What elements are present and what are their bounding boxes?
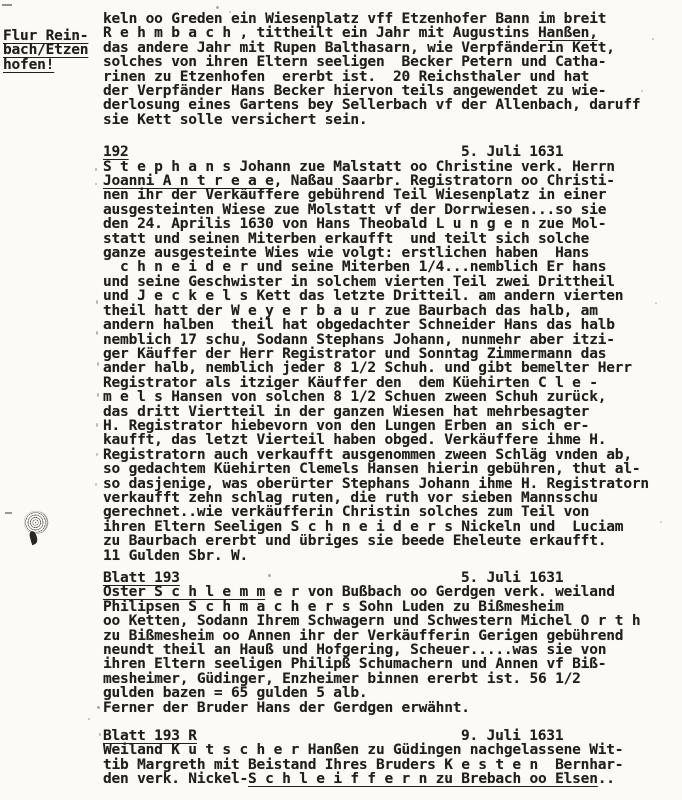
entry-date: 5. Juli 1631 bbox=[461, 145, 563, 159]
scan-speck bbox=[96, 423, 98, 427]
text-line: sie Kett solle versichert sein. bbox=[103, 113, 658, 127]
fingerprint-smudge-icon bbox=[24, 511, 47, 534]
underlined-text-segment: Hanßen, bbox=[538, 25, 598, 41]
paragraph-block: keln oo Greden ein Wiesenplatz vff Etzen… bbox=[103, 12, 658, 127]
text-line: m e l s Hansen von solchen 8 1/2 Schuen … bbox=[103, 390, 658, 404]
entry-block-blatt-193: Blatt 193 5. Juli 1631 Oster S c h l e m… bbox=[103, 571, 658, 715]
entry-date: 5. Juli 1631 bbox=[461, 571, 563, 585]
text-line: 11 Gulden Sbr. W. bbox=[103, 549, 658, 563]
text-line: oo Ketten, Sodann Ihrem Schwagern und Sc… bbox=[103, 614, 658, 628]
scan-speck bbox=[96, 453, 98, 456]
entry-body: S t e p h a n s Johann zue Malstatt oo C… bbox=[103, 160, 658, 563]
text-line: das dritt Viertteil in der ganzen Wiesen… bbox=[103, 405, 658, 419]
scan-speck bbox=[96, 331, 98, 335]
scan-speck bbox=[97, 706, 100, 709]
text-line: gulden bazen = 65 gulden 5 alb. bbox=[103, 686, 658, 700]
text-line: rinen zu Etzenhofen ererbt ist. 20 Reich… bbox=[103, 70, 658, 84]
entry-body: Oster S c h l e m m e r von Bußbach oo G… bbox=[103, 585, 658, 715]
scan-speck bbox=[97, 393, 99, 397]
text-line: Oster S c h l e m m e r von Bußbach oo G… bbox=[103, 585, 658, 599]
text-line: und J e c k e l s Kett das letzte Dritte… bbox=[103, 289, 658, 303]
text-line: ander halb, nemblich jeder 8 1/2 Schuh. … bbox=[103, 361, 658, 375]
scan-speck bbox=[95, 168, 97, 171]
text-line: so dasjenige, was oberürter Stephans Joh… bbox=[103, 477, 658, 491]
text-line: Registratorn auch verkaufft ausgenommen … bbox=[103, 448, 658, 462]
text-line: nen ihr der Verkäuffere gebührend Teil W… bbox=[103, 188, 658, 202]
scan-speck bbox=[99, 733, 101, 736]
scan-speck bbox=[5, 512, 12, 514]
margin-note: Flur Rein- bach/Etzen hofen! bbox=[3, 29, 103, 72]
text-line: Ferner der Bruder Hans der Gerdgen erwäh… bbox=[103, 701, 658, 715]
margin-note-line: hofen! bbox=[3, 57, 54, 73]
text-line: c h n e i d e r und seine Miterben 1/4..… bbox=[103, 260, 658, 274]
text-line: mesheimer, Güdinger, Enzheimer binnen er… bbox=[103, 672, 658, 686]
underlined-text-segment: S c h l e i f f e r n zu Brebach oo Else… bbox=[248, 771, 598, 787]
ink-comma-mark-icon bbox=[29, 529, 39, 545]
entry-number: 192 bbox=[103, 145, 129, 159]
text-line: den 24. Aprilis 1630 von Hans Theobald L… bbox=[103, 217, 658, 231]
scan-speck bbox=[2, 4, 12, 6]
scan-speck bbox=[95, 483, 97, 486]
entry-number: Blatt 193 R bbox=[103, 729, 197, 743]
entry-block-blatt-193r: Blatt 193 R 9. Juli 1631 Weiland K u t s… bbox=[103, 729, 658, 787]
text-line: so gedachtem Küehirten Clemels Hansen hi… bbox=[103, 462, 658, 476]
text-column: keln oo Greden ein Wiesenplatz vff Etzen… bbox=[103, 12, 658, 787]
entry-heading-row: Blatt 193 R 9. Juli 1631 bbox=[103, 729, 658, 743]
text-line: kaufft, das letzt Vierteil haben obged. … bbox=[103, 433, 658, 447]
text-line: ihren Eltern seeligen Philipß Schumacher… bbox=[103, 657, 658, 671]
text-line: theil hatt der W e y e r b a u r zue Bau… bbox=[103, 304, 658, 318]
text-segment: .. bbox=[598, 771, 615, 787]
entry-date: 9. Juli 1631 bbox=[461, 729, 563, 743]
scanned-document-page: Flur Rein- bach/Etzen hofen! keln oo Gre… bbox=[0, 0, 682, 800]
text-line: gerechnet..wie verkäufferin Christin sol… bbox=[103, 505, 658, 519]
text-line: andern halben theil hat obgedachter Schn… bbox=[103, 318, 658, 332]
scan-speck bbox=[95, 183, 97, 185]
text-line: Registrator als itziger Käuffer den dem … bbox=[103, 376, 658, 390]
text-line: S t e p h a n s Johann zue Malstatt oo C… bbox=[103, 160, 658, 174]
scan-speck bbox=[97, 362, 99, 366]
text-line: zu Bißmesheim oo Annen ihr der Verkäuffe… bbox=[103, 629, 658, 643]
scan-speck bbox=[96, 300, 98, 304]
entry-block-192: 192 5. Juli 1631 S t e p h a n s Johann … bbox=[103, 145, 658, 563]
text-line: Weiland K u t s c h e r Hanßen zu Güding… bbox=[103, 743, 658, 757]
scan-speck bbox=[216, 6, 219, 9]
text-line: den verk. Nickel-S c h l e i f f e r n z… bbox=[103, 772, 658, 786]
text-segment: R e h m b a c h , tittheilt ein Jahr mit… bbox=[103, 25, 538, 41]
entry-heading-row: 192 5. Juli 1631 bbox=[103, 145, 658, 159]
text-line: nemblich 17 schu, Sodann Stephans Johann… bbox=[103, 333, 658, 347]
scan-speck bbox=[88, 718, 90, 720]
text-line: R e h m b a c h , tittheilt ein Jahr mit… bbox=[103, 26, 658, 40]
text-line: zu Baurbach ererbt und übriges sie beede… bbox=[103, 534, 658, 548]
scan-speck bbox=[660, 521, 662, 523]
text-line: statt und seinen Miterben erkaufft und t… bbox=[103, 232, 658, 246]
text-line: derlosung eines Gartens bey Sellerbach v… bbox=[103, 98, 658, 112]
entry-body: Weiland K u t s c h e r Hanßen zu Güding… bbox=[103, 743, 658, 786]
text-segment: e r von Bußbach oo Gerdgen verk. weiland bbox=[265, 584, 615, 600]
entry-heading-row: Blatt 193 5. Juli 1631 bbox=[103, 571, 658, 585]
entry-number: Blatt 193 bbox=[103, 571, 180, 585]
text-line: solches von ihren Eltern seeligen Becker… bbox=[103, 55, 658, 69]
